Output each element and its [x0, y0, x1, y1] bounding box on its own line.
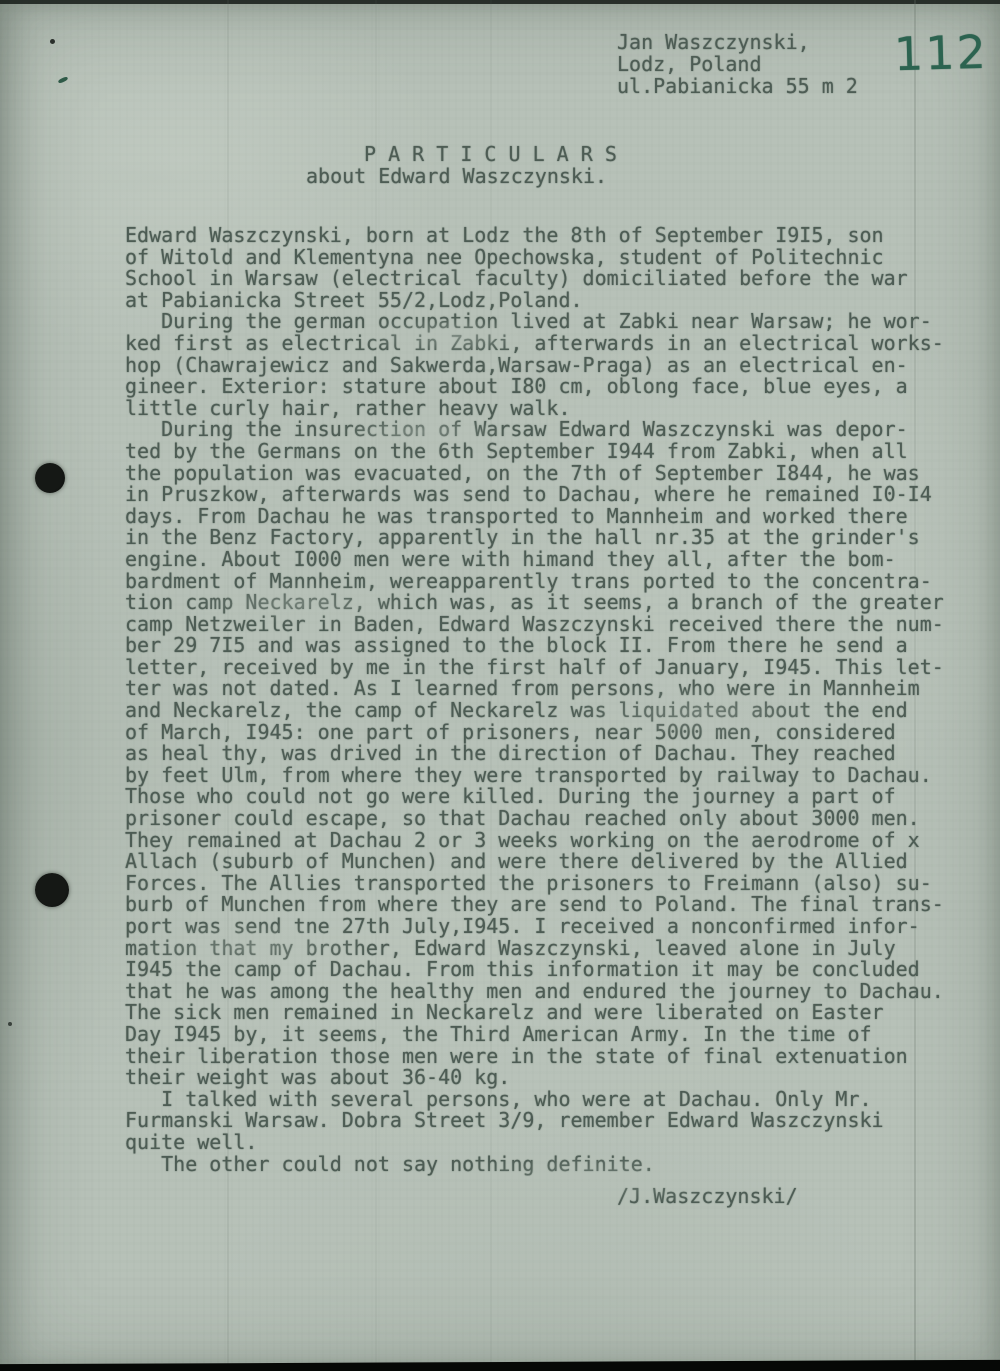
- text-line: tion camp Neckarelz, which was, as it se…: [125, 592, 965, 614]
- text-line: their weight was about 36-40 kg.: [125, 1067, 965, 1089]
- sender-city: Lodz, Poland: [617, 53, 858, 75]
- text-line: ter was not dated. As I learned from per…: [125, 678, 965, 700]
- text-line: little curly hair, rather heavy walk.: [125, 398, 965, 420]
- scan-edge-top: [0, 0, 1000, 4]
- page-number-stamp: 112: [893, 29, 988, 77]
- text-line: bardment of Mannheim, wereapparently tra…: [125, 571, 965, 593]
- document-body: Edward Waszczynski, born at Lodz the 8th…: [125, 225, 965, 1175]
- text-line: During the insurection of Warsaw Edward …: [125, 419, 965, 441]
- text-line: Day I945 by, it seems, the Third America…: [125, 1024, 965, 1046]
- sender-street: ul.Pabianicka 55 m 2: [617, 75, 858, 97]
- text-line: burb of Munchen from where they are send…: [125, 894, 965, 916]
- scan-edge-bottom: [0, 1360, 1000, 1371]
- paragraph: Edward Waszczynski, born at Lodz the 8th…: [125, 225, 965, 311]
- text-line: as heal thy, was drived in the direction…: [125, 743, 965, 765]
- text-line: During the german occupation lived at Za…: [125, 311, 965, 333]
- text-line: quite well.: [125, 1132, 965, 1154]
- text-line: Edward Waszczynski, born at Lodz the 8th…: [125, 225, 965, 247]
- text-line: School in Warsaw (electrical faculty) do…: [125, 268, 965, 290]
- text-line: Those who could not go were killed. Duri…: [125, 786, 965, 808]
- text-line: at Pabianicka Street 55/2,Lodz,Poland.: [125, 290, 965, 312]
- text-line: that he was among the healthy men and en…: [125, 981, 965, 1003]
- text-line: by feet Ulm, from where they were transp…: [125, 765, 965, 787]
- document-subtitle: about Edward Waszczynski.: [306, 164, 607, 188]
- text-line: camp Netzweiler in Baden, Edward Waszczy…: [125, 614, 965, 636]
- punch-hole-bottom: [35, 873, 69, 907]
- sender-name: Jan Waszczynski,: [617, 31, 858, 53]
- paragraph: I talked with several persons, who were …: [125, 1089, 965, 1154]
- text-line: of Witold and Klementyna nee Opechowska,…: [125, 247, 965, 269]
- text-line: letter, received by me in the first half…: [125, 657, 965, 679]
- text-line: prisoner could escape, so that Dachau re…: [125, 808, 965, 830]
- text-line: The sick men remained in Neckarelz and w…: [125, 1002, 965, 1024]
- text-line: ber 29 7I5 and was assigned to the block…: [125, 635, 965, 657]
- text-line: I945 the camp of Dachau. From this infor…: [125, 959, 965, 981]
- punch-hole-top: [35, 463, 65, 493]
- text-line: The other could not say nothing definite…: [125, 1154, 965, 1176]
- text-line: Forces. The Allies transported the priso…: [125, 873, 965, 895]
- paragraph: The other could not say nothing definite…: [125, 1154, 965, 1176]
- paragraph: During the german occupation lived at Za…: [125, 311, 965, 419]
- paragraph: During the insurection of Warsaw Edward …: [125, 419, 965, 1088]
- text-line: port was send tne 27th July,I945. I rece…: [125, 916, 965, 938]
- text-line: ked first as electrical in Zabki, afterw…: [125, 333, 965, 355]
- text-line: in Pruszkow, afterwards was send to Dach…: [125, 484, 965, 506]
- document-title: P A R T I C U L A R S: [364, 142, 617, 166]
- text-line: in the Benz Factory, apparently in the h…: [125, 527, 965, 549]
- text-line: Allach (suburb of Munchen) and were ther…: [125, 851, 965, 873]
- text-line: gineer. Exterior: stature about I80 cm, …: [125, 376, 965, 398]
- ink-speck-2: [8, 1022, 12, 1026]
- text-line: They remained at Dachau 2 or 3 weeks wor…: [125, 830, 965, 852]
- text-line: hop (Chawrajewicz and Sakwerda,Warsaw-Pr…: [125, 355, 965, 377]
- text-line: the population was evacuated, on the 7th…: [125, 463, 965, 485]
- text-line: and Neckarelz, the camp of Neckarelz was…: [125, 700, 965, 722]
- sender-address-block: Jan Waszczynski, Lodz, Poland ul.Pabiani…: [617, 31, 858, 97]
- text-line: engine. About I000 men were with himand …: [125, 549, 965, 571]
- text-line: Furmanski Warsaw. Dobra Street 3/9, reme…: [125, 1110, 965, 1132]
- text-line: I talked with several persons, who were …: [125, 1089, 965, 1111]
- ink-speck: [50, 39, 55, 44]
- text-line: their liberation those men were in the s…: [125, 1046, 965, 1068]
- green-mark: [58, 76, 69, 84]
- document-scan: Jan Waszczynski, Lodz, Poland ul.Pabiani…: [0, 0, 1000, 1371]
- signature: /J.Waszczynski/: [617, 1184, 798, 1208]
- text-line: of March, I945: one part of prisoners, n…: [125, 722, 965, 744]
- text-line: days. From Dachau he was transported to …: [125, 506, 965, 528]
- text-line: mation that my brother, Edward Waszczyns…: [125, 938, 965, 960]
- text-line: ted by the Germans on the 6th September …: [125, 441, 965, 463]
